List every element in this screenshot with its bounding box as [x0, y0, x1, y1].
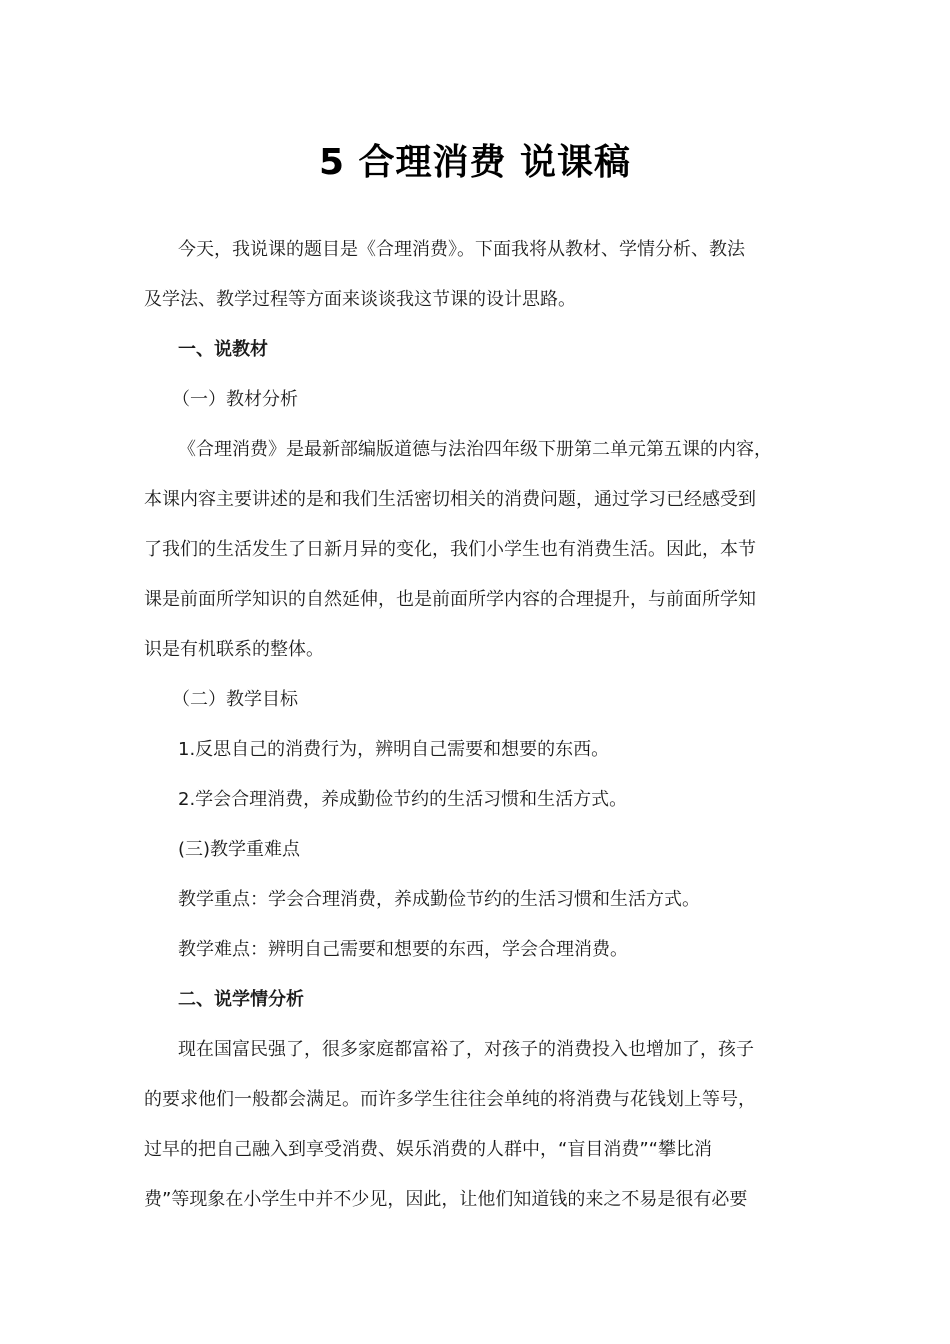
- section-heading: 一、说教材: [178, 337, 838, 363]
- subsection-heading: (三)教学重难点: [178, 837, 838, 863]
- paragraph-line: 今天，我说课的题目是《合理消费》。下面我将从教材、学情分析、教法: [178, 237, 804, 263]
- paragraph-line: 教学难点：辨明自己需要和想要的东西，学会合理消费。: [178, 937, 838, 963]
- paragraph-line: 费”等现象在小学生中并不少见，因此，让他们知道钱的来之不易是很有必要: [144, 1187, 804, 1213]
- subsection-heading: （一）教材分析: [172, 387, 832, 413]
- section-heading: 二、说学情分析: [178, 987, 838, 1013]
- paragraph-line: 教学重点：学会合理消费，养成勤俭节约的生活习惯和生活方式。: [178, 887, 838, 913]
- subsection-heading: （二）教学目标: [172, 687, 832, 713]
- paragraph-line: 识是有机联系的整体。: [144, 637, 804, 663]
- list-item: 2.学会合理消费，养成勤俭节约的生活习惯和生活方式。: [178, 787, 838, 813]
- paragraph-line: 及学法、教学过程等方面来谈谈我这节课的设计思路。: [144, 287, 804, 313]
- paragraph-line: 本课内容主要讲述的是和我们生活密切相关的消费问题，通过学习已经感受到: [144, 487, 804, 513]
- list-item: 1.反思自己的消费行为，辨明自己需要和想要的东西。: [178, 737, 838, 763]
- paragraph-line: 的要求他们一般都会满足。而许多学生往往会单纯的将消费与花钱划上等号，: [144, 1087, 804, 1113]
- document-title: 5 合理消费 说课稿: [0, 138, 950, 188]
- paragraph-line: 了我们的生活发生了日新月异的变化，我们小学生也有消费生活。因此，本节: [144, 537, 804, 563]
- paragraph-line: 过早的把自己融入到享受消费、娱乐消费的人群中，“盲目消费”“攀比消: [144, 1137, 804, 1163]
- paragraph-line: 课是前面所学知识的自然延伸，也是前面所学内容的合理提升，与前面所学知: [144, 587, 804, 613]
- document-page: 5 合理消费 说课稿 今天，我说课的题目是《合理消费》。下面我将从教材、学情分析…: [0, 0, 950, 1344]
- paragraph-line: 现在国富民强了，很多家庭都富裕了，对孩子的消费投入也增加了，孩子: [178, 1037, 804, 1063]
- paragraph-line: 《合理消费》是最新部编版道德与法治四年级下册第二单元第五课的内容，: [178, 437, 804, 463]
